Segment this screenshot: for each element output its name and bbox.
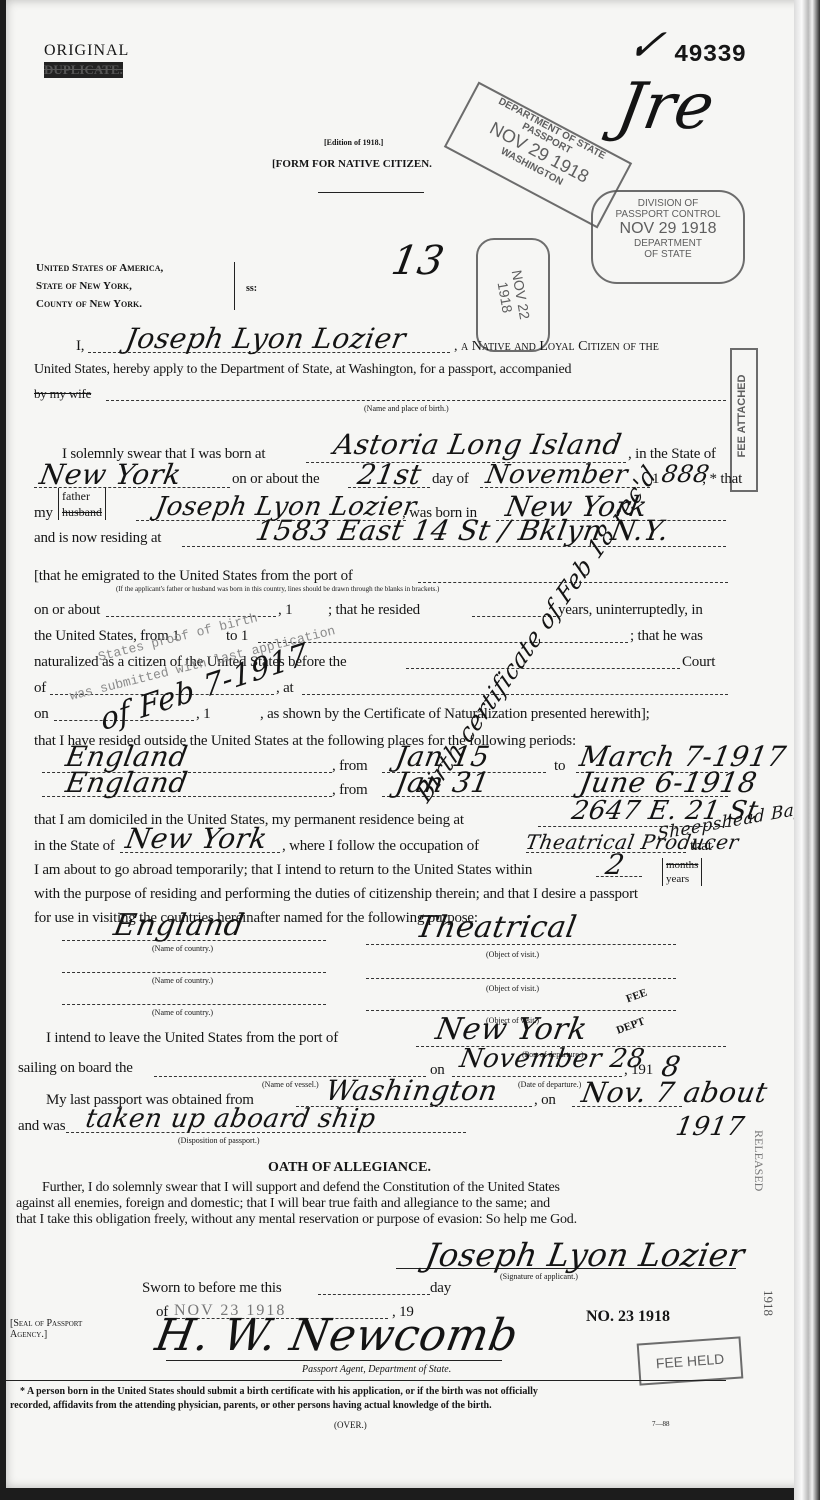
signature-caption: (Signature of applicant.) [500,1272,578,1281]
passport-application-page: ORIGINAL DUPLICATE. 49339 ✓ [Edition of … [6,0,806,1488]
emigration-line-6a: on [34,706,49,723]
years-option: years [666,872,698,886]
applicant-name: Joseph Lyon Lozier [123,322,409,355]
object-caption-1: (Object of visit.) [486,950,539,959]
wife-caption: (Name and place of birth.) [364,404,449,413]
oath-text-2: against all enemies, foreign and domesti… [16,1196,550,1212]
emigration-line-6c: , as shown by the Certificate of Natural… [260,706,650,723]
departure-line-4a: and was [18,1118,65,1135]
country-caption-2: (Name of country.) [152,976,213,985]
number-stamp: NO. 23 1918 [586,1308,670,1326]
dept-small-stamp: DEPT [615,1015,647,1036]
emigration-line-2b: , 1 [278,602,292,619]
original-label: ORIGINAL [44,42,129,60]
emigration-line-1: [that he emigrated to the United States … [34,568,353,585]
venue-bracket [234,262,235,310]
domicile-line-2a: in the State of [34,838,115,855]
duplicate-label: DUPLICATE. [44,62,123,78]
form-code: 7—88 [652,1420,670,1428]
emigration-line-6b: , 1 [196,706,210,723]
emigration-line-5a: of [34,680,46,697]
birth-state: New York [37,458,184,491]
date-caption: (Date of departure.) [518,1080,581,1089]
emigration-line-2d: years, uninterruptedly, in [558,602,703,619]
oath-text-1: Further, I do solemnly swear that I will… [42,1180,560,1196]
my-label: my [34,505,53,522]
day-of-label: day of [432,471,469,488]
file-number: 49339 [674,42,746,69]
country-caption-3: (Name of country.) [152,1008,213,1017]
division-stamp: NOV 22 1918 [476,238,550,352]
footer-note-2: recorded, affidavits from the attending … [10,1400,492,1411]
father-husband-bracket: father husband [58,488,106,520]
venue-line-1: United States of America, [36,262,163,274]
departure-line-3b: , on [534,1092,556,1109]
on-about-label: on or about the [232,471,319,488]
father-option: father [62,488,102,504]
venue-line-2: State of New York, [36,280,132,292]
emigration-line-2a: on or about [34,602,100,619]
departure-port: New York [433,1012,590,1047]
emigration-line-3c: ; that he was [630,628,703,645]
form-title: [FORM FOR NATIVE CITIZEN. [272,158,432,170]
country-caption-1: (Name of country.) [152,944,213,953]
intro-prefix: I, [76,338,84,355]
domicile-state: New York [123,822,270,855]
passport-control-stamp: DIVISION OF PASSPORT CONTROL NOV 29 1918… [591,190,745,284]
emigration-line-2c: ; that he resided [328,602,420,619]
passport-year: 1917 [673,1112,746,1142]
venue-line-3: County of New York. [36,298,142,310]
title-rule [318,192,424,193]
residence-place-2: England [63,766,190,799]
domicile-line-3: I am about to go abroad temporarily; tha… [34,862,532,879]
passport-date: Nov. 7 about [579,1076,770,1109]
agent-signature: H. W. Newcomb [152,1310,523,1361]
check-mark-icon: ✓ [624,20,670,71]
footer-note-1: * A person born in the United States sho… [20,1386,538,1397]
over-label: (OVER.) [334,1420,367,1430]
apply-text: United States, hereby apply to the Depar… [34,362,571,378]
oath-title: OATH OF ALLEGIANCE. [268,1160,431,1176]
object-1: Theatrical [413,910,579,945]
passport-disposition: taken up aboard ship [83,1104,378,1134]
applicant-signature: Joseph Lyon Lozier [423,1236,748,1274]
wife-text: by my wife [34,386,91,402]
intro-suffix: , a Native and Loyal Citizen of the [454,339,659,355]
from-label-2: , from [332,782,367,799]
fee-small-stamp: FEE [625,987,649,1006]
emigration-line-5b: , at [276,680,294,697]
sworn-before-label: Sworn to before me this [142,1280,282,1297]
residence-from-2: Jan 31 [393,766,492,799]
footer-rule [6,1380,726,1381]
birth-place: Astoria Long Island [331,428,624,461]
from-label-1: , from [332,758,367,775]
that-label: ; * that [702,471,742,488]
vessel-caption: (Name of vessel.) [262,1080,319,1089]
object-caption-2: (Object of visit.) [486,984,539,993]
edition-label: [Edition of 1918.] [324,138,383,147]
husband-option: husband [62,504,102,520]
residing-label: and is now residing at [34,530,161,547]
disposition-caption: (Disposition of passport.) [178,1136,260,1145]
emigration-line-4b: Court [682,654,715,671]
domicile-line-4: with the purpose of residing and perform… [34,886,638,903]
oath-text-3: that I take this obligation freely, with… [16,1212,577,1228]
birth-day: 21st [355,458,424,491]
departure-line-2a: sailing on board the [18,1060,133,1077]
agent-caption: Passport Agent, Department of State. [302,1364,451,1375]
released-side-stamp: RELEASED [751,1130,766,1191]
passport-from: Washington [323,1074,500,1107]
page-binding-edge [794,0,820,1500]
birth-month: November [483,460,630,490]
domicile-line-2b: , where I follow the occupation of [282,838,479,855]
to-label-1: to [554,758,565,775]
handwritten-number: 13 [388,238,448,284]
departure-line-1: I intend to leave the United States from… [46,1030,338,1047]
domicile-line-5: for use in visiting the countries herein… [34,910,478,927]
domicile-line-2c: that [690,838,712,855]
sworn-day-label: day [430,1280,451,1297]
emigration-note: (If the applicant's father or husband wa… [116,585,439,593]
side-year-stamp: 1918 [760,1290,776,1316]
country-1: England [111,908,247,943]
handwritten-initials: Jre [611,70,720,144]
months-option: months [666,858,698,872]
return-unit-bracket: months years [662,858,702,886]
seal-label: [Seal of Passport Agency.] [10,1318,120,1340]
venue-ss: ss: [246,283,257,294]
departure-date: November 28 [457,1044,647,1074]
residence-to-2: June 6-1918 [577,766,760,799]
fee-held-stamp: FEE HELD [637,1336,744,1385]
